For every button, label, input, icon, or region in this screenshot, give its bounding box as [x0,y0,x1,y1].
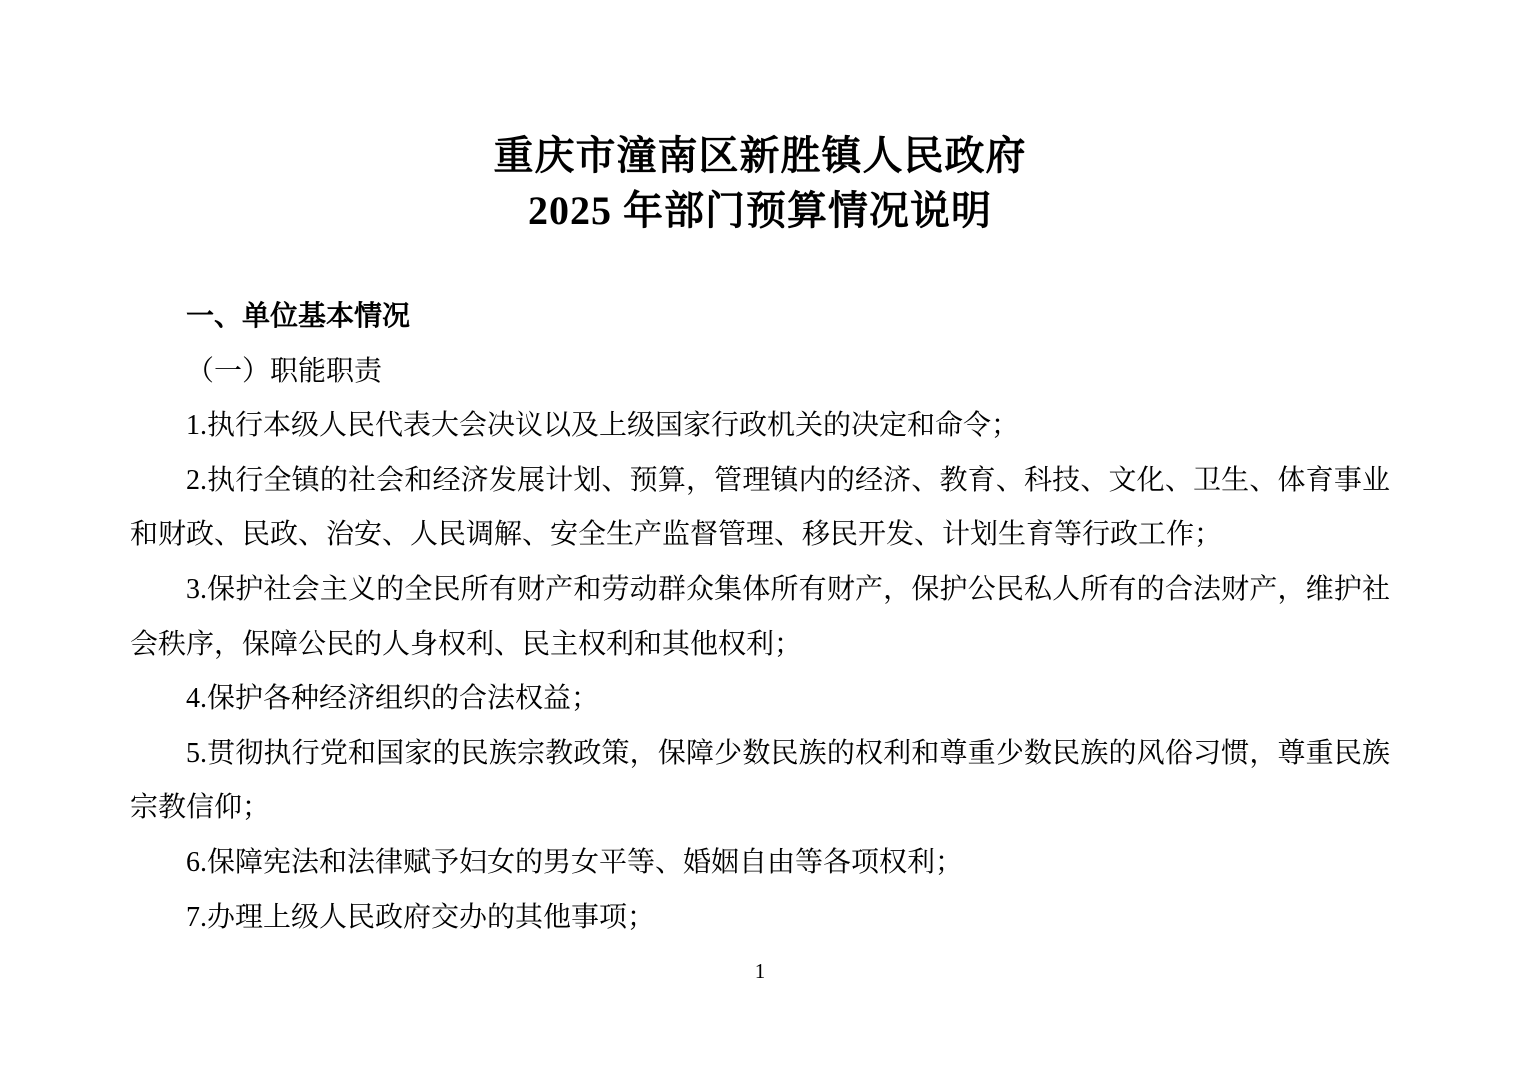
document-page: 重庆市潼南区新胜镇人民政府 2025 年部门预算情况说明 一、单位基本情况 （一… [0,0,1520,1074]
section-heading-unit-basic-info: 一、单位基本情况 [130,290,1390,345]
page-number: 1 [0,956,1520,986]
duty-paragraph-1: 1.执行本级人民代表大会决议以及上级国家行政机关的决定和命令； [130,399,1390,454]
duty-paragraph-2: 2.执行全镇的社会和经济发展计划、预算，管理镇内的经济、教育、科技、文化、卫生、… [130,454,1390,563]
duty-paragraph-3: 3.保护社会主义的全民所有财产和劳动群众集体所有财产，保护公民私人所有的合法财产… [130,563,1390,672]
document-title-line2: 2025 年部门预算情况说明 [130,183,1390,238]
document-title: 重庆市潼南区新胜镇人民政府 2025 年部门预算情况说明 [130,128,1390,238]
duty-paragraph-7: 7.办理上级人民政府交办的其他事项； [130,891,1390,946]
duty-paragraph-5: 5.贯彻执行党和国家的民族宗教政策，保障少数民族的权利和尊重少数民族的风俗习惯，… [130,727,1390,836]
duty-paragraph-6: 6.保障宪法和法律赋予妇女的男女平等、婚姻自由等各项权利； [130,836,1390,891]
document-title-line1: 重庆市潼南区新胜镇人民政府 [130,128,1390,183]
subsection-heading-duties: （一）职能职责 [130,345,1390,400]
duty-paragraph-4: 4.保护各种经济组织的合法权益； [130,672,1390,727]
document-body: 一、单位基本情况 （一）职能职责 1.执行本级人民代表大会决议以及上级国家行政机… [130,290,1390,945]
